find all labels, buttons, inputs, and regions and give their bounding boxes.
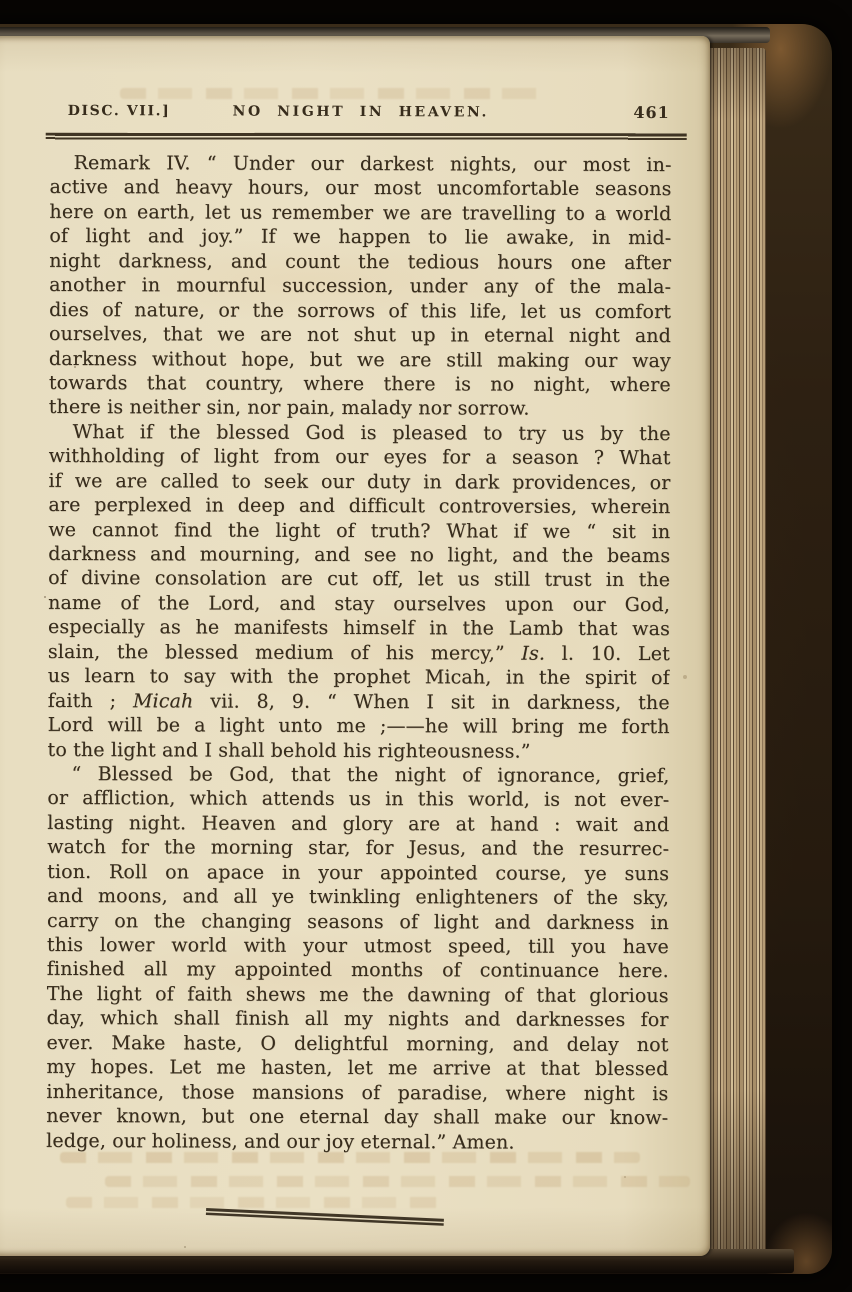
body-line: day, which shall finish all my nights an… <box>47 1006 669 1033</box>
body-line: ledge, our holiness, and our joy eternal… <box>46 1128 668 1155</box>
paragraph: What if the blessed God is pleased to tr… <box>48 420 671 764</box>
body-line: Remark IV. “ Under our darkest nights, o… <box>50 151 672 178</box>
body-line: another in mournful succession, under an… <box>49 273 671 300</box>
running-title: NO NIGHT IN HEAVEN. <box>233 104 489 121</box>
body-line: especially as he manifests himself in th… <box>48 615 670 642</box>
paragraph: “ Blessed be God, that the night of igno… <box>46 762 669 1155</box>
book-fore-edge <box>704 48 766 1260</box>
body-line: inheritance, those mansions of paradise,… <box>46 1080 668 1107</box>
body-line: carry on the changing seasons of light a… <box>47 908 669 935</box>
body-line: here on earth, let us remember we are tr… <box>49 200 671 227</box>
showthrough-smudge <box>120 88 550 99</box>
body-line: name of the Lord, and stay ourselves upo… <box>48 591 670 618</box>
body-line: my hopes. Let me hasten, let me arrive a… <box>46 1055 668 1082</box>
body-line: and moons, and all ye twinkling enlighte… <box>47 884 669 911</box>
body-line: of light and joy.” If we happen to lie a… <box>49 224 671 251</box>
body-line: tion. Roll on apace in your appointed co… <box>47 860 669 887</box>
body-line: The light of faith shews me the dawning … <box>47 982 669 1009</box>
end-divider-rule <box>206 1208 444 1227</box>
page-body: Remark IV. “ Under our darkest nights, o… <box>46 151 671 1155</box>
body-line: there is neither sin, nor pain, malady n… <box>49 395 671 422</box>
body-line: us learn to say with the prophet Micah, … <box>48 664 670 691</box>
header-rule <box>46 133 687 141</box>
body-line: or affliction, which attends us in this … <box>47 786 669 813</box>
body-line: darkness and mourning, and see no light,… <box>48 542 670 569</box>
paper-specks <box>44 596 46 598</box>
body-line: dies of nature, or the sorrows of this l… <box>49 298 671 325</box>
photo-background: DISC. VII.] NO NIGHT IN HEAVEN. 461 Rema… <box>0 0 852 1292</box>
body-line: are perplexed in deep and difficult cont… <box>48 493 670 520</box>
body-line: to the light and I shall behold his righ… <box>48 737 670 764</box>
body-line: faith ; Micah vii. 8, 9. “ When I sit in… <box>48 689 670 716</box>
body-line: never known, but one eternal day shall m… <box>46 1104 668 1131</box>
body-line: Lord will be a light unto me ;——he will … <box>48 713 670 740</box>
body-line: this lower world with your utmost speed,… <box>47 933 669 960</box>
body-line: ever. Make haste, O delightful morning, … <box>47 1031 669 1058</box>
showthrough-smudge <box>66 1197 446 1208</box>
showthrough-smudge <box>105 1176 690 1187</box>
body-line: we cannot find the light of truth? What … <box>48 517 670 544</box>
body-line: “ Blessed be God, that the night of igno… <box>47 762 669 789</box>
section-label: DISC. VII.] <box>68 103 171 119</box>
body-line: if we are called to seek our duty in dar… <box>48 469 670 496</box>
body-line: towards that country, where there is no … <box>49 371 671 398</box>
page-header: DISC. VII.] NO NIGHT IN HEAVEN. 461 <box>50 101 672 125</box>
body-line: What if the blessed God is pleased to tr… <box>49 420 671 447</box>
body-line: ourselves, that we are not shut up in et… <box>49 322 671 349</box>
body-line: lasting night. Heaven and glory are at h… <box>47 811 669 838</box>
body-line: withholding of light from our eyes for a… <box>49 444 671 471</box>
body-line: darkness without hope, but we are still … <box>49 346 671 373</box>
body-line: slain, the blessed medium of his mercy,”… <box>48 640 670 667</box>
body-line: watch for the morning star, for Jesus, a… <box>47 835 669 862</box>
body-line: finished all my appointed months of cont… <box>47 957 669 984</box>
printed-content: DISC. VII.] NO NIGHT IN HEAVEN. 461 Rema… <box>46 101 672 1155</box>
body-line: of divine consolation are cut off, let u… <box>48 566 670 593</box>
body-line: night darkness, and count the tedious ho… <box>49 249 671 276</box>
body-line: active and heavy hours, our most uncomfo… <box>49 175 671 202</box>
page-number: 461 <box>633 103 669 122</box>
paragraph: Remark IV. “ Under our darkest nights, o… <box>49 151 672 422</box>
book-page: DISC. VII.] NO NIGHT IN HEAVEN. 461 Rema… <box>0 36 710 1256</box>
